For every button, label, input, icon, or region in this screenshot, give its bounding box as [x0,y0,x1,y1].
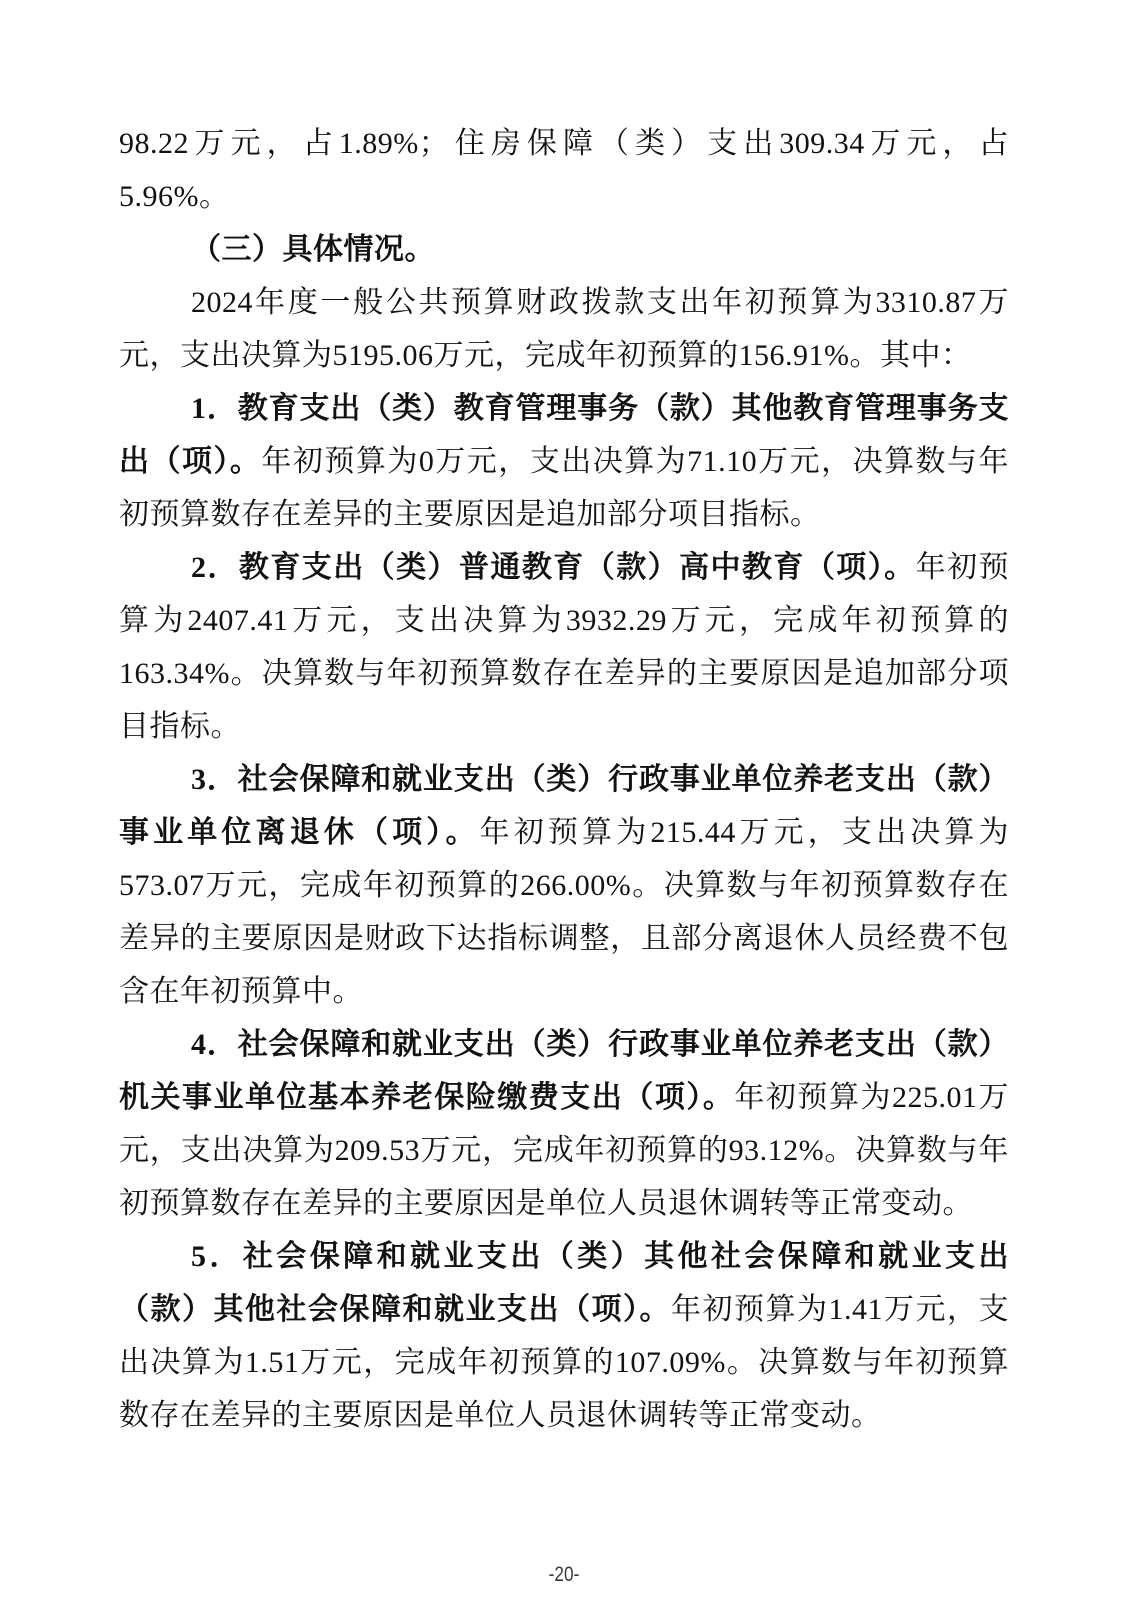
bold-run: 出（项）。 [119,445,261,478]
text-run: 163.34%。决算数与年初预算数存在差异的主要原因是追加部分项 [119,657,1009,690]
text-run: 573.07万元，完成年初预算的266.00%。决算数与年初预算数存在 [119,869,1009,902]
text-line: 元，支出决算为5195.06万元，完成年初预算的156.91%。其中： [119,329,1009,382]
document-page: 98.22万元，占1.89%；住房保障（类）支出309.34万元，占 5.96%… [0,0,1130,1600]
text-line: 目指标。 [119,700,1009,753]
text-run: 算为2407.41万元，支出决算为3932.29万元，完成年初预算的 [119,604,1009,637]
bold-run: 2．教育支出（类）普通教育（款）高中教育（项）。 [191,551,916,584]
text-run: 年初预算为215.44万元，支出决算为 [480,816,1009,849]
text-line: 差异的主要原因是财政下达指标调整，且部分离退休人员经费不包 [119,912,1009,965]
text-line: 163.34%。决算数与年初预算数存在差异的主要原因是追加部分项 [119,647,1009,700]
page-number: -20- [199,1562,929,1588]
text-run: 年初预算为1.41万元，支 [671,1293,1009,1326]
item-heading-line: 2．教育支出（类）普通教育（款）高中教育（项）。年初预 [119,541,1009,594]
bold-run: 5．社会保障和就业支出（类）其他社会保障和就业支出 [191,1240,1009,1273]
text-line: 出决算为1.51万元，完成年初预算的107.09%。决算数与年初预算 [119,1336,1009,1389]
text-line: 573.07万元，完成年初预算的266.00%。决算数与年初预算数存在 [119,859,1009,912]
text-run: 5.96%。 [119,180,230,213]
text-line: 98.22万元，占1.89%；住房保障（类）支出309.34万元，占 [119,117,1009,170]
text-run: 出决算为1.51万元，完成年初预算的107.09%。决算数与年初预算 [119,1346,1009,1379]
text-run: 98.22万元，占1.89%；住房保障（类）支出309.34万元，占 [119,127,1009,160]
text-line: 出（项）。年初预算为0万元，支出决算为71.10万元，决算数与年 [119,435,1009,488]
bold-run: 机关事业单位基本养老保险缴费支出（项）。 [119,1081,734,1114]
text-line: （款）其他社会保障和就业支出（项）。年初预算为1.41万元，支 [119,1283,1009,1336]
text-run: 元，支出决算为5195.06万元，完成年初预算的156.91%。其中： [119,339,972,372]
text-run: 年初预 [916,551,1009,584]
bold-run: （三）具体情况。 [191,233,435,266]
document-body-text: 98.22万元，占1.89%；住房保障（类）支出309.34万元，占 5.96%… [119,117,1009,1442]
item-heading-line: 1．教育支出（类）教育管理事务（款）其他教育管理事务支 [119,382,1009,435]
text-run: 年初预算为0万元，支出决算为71.10万元，决算数与年 [261,445,1009,478]
text-run: 初预算数存在差异的主要原因是追加部分项目指标。 [119,498,821,531]
bold-run: （款）其他社会保障和就业支出（项）。 [119,1293,671,1326]
text-line: 初预算数存在差异的主要原因是追加部分项目指标。 [119,488,1009,541]
text-line: 含在年初预算中。 [119,965,1009,1018]
text-run: 数存在差异的主要原因是单位人员退休调转等正常变动。 [119,1399,882,1432]
bold-run: 事业单位离退休（项）。 [119,816,480,849]
text-line: 初预算数存在差异的主要原因是单位人员退休调转等正常变动。 [119,1177,1009,1230]
bold-run: 4．社会保障和就业支出（类）行政事业单位养老支出（款） [191,1028,1009,1061]
text-line: 元，支出决算为209.53万元，完成年初预算的93.12%。决算数与年 [119,1124,1009,1177]
text-run: 2024年度一般公共预算财政拨款支出年初预算为3310.87万 [191,286,1009,319]
bold-run: 3．社会保障和就业支出（类）行政事业单位养老支出（款） [191,763,1009,796]
text-line: 机关事业单位基本养老保险缴费支出（项）。年初预算为225.01万 [119,1071,1009,1124]
item-heading-line: 4．社会保障和就业支出（类）行政事业单位养老支出（款） [119,1018,1009,1071]
text-line: 算为2407.41万元，支出决算为3932.29万元，完成年初预算的 [119,594,1009,647]
section-heading: （三）具体情况。 [119,223,1009,276]
item-heading-line: 3．社会保障和就业支出（类）行政事业单位养老支出（款） [119,753,1009,806]
text-run: 年初预算为225.01万 [734,1081,1009,1114]
text-line: 数存在差异的主要原因是单位人员退休调转等正常变动。 [119,1389,1009,1442]
text-run: 元，支出决算为209.53万元，完成年初预算的93.12%。决算数与年 [119,1134,1009,1167]
text-line: 2024年度一般公共预算财政拨款支出年初预算为3310.87万 [119,276,1009,329]
text-run: 初预算数存在差异的主要原因是单位人员退休调转等正常变动。 [119,1187,973,1220]
text-run: 含在年初预算中。 [119,975,363,1008]
item-heading-line: 5．社会保障和就业支出（类）其他社会保障和就业支出 [119,1230,1009,1283]
text-line: 5.96%。 [119,170,1009,223]
text-run: 差异的主要原因是财政下达指标调整，且部分离退休人员经费不包 [119,922,1009,955]
bold-run: 1．教育支出（类）教育管理事务（款）其他教育管理事务支 [191,392,1009,425]
text-run: 目指标。 [119,710,241,743]
text-line: 事业单位离退休（项）。年初预算为215.44万元，支出决算为 [119,806,1009,859]
